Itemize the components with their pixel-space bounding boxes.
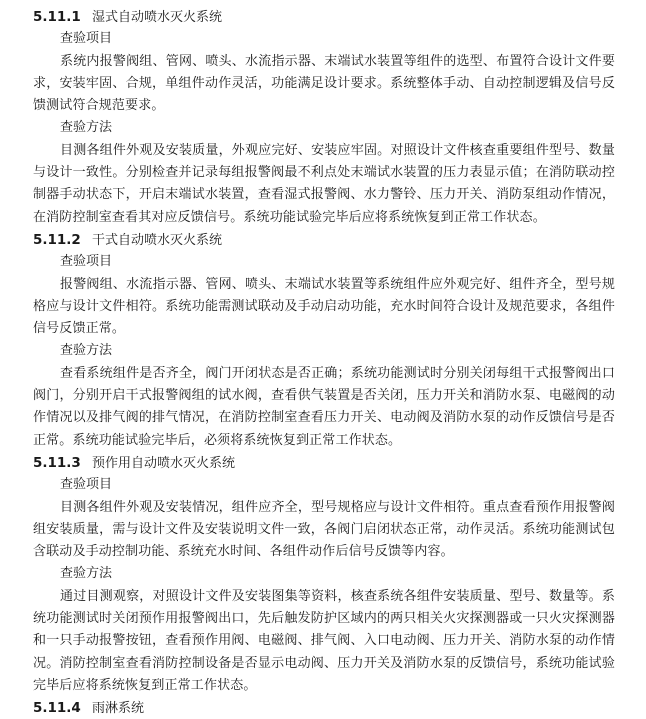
inspection-items-text: 目测各组件外观及安装情况，组件应齐全，型号规格应与设计文件相符。重点查看预作用报… (33, 497, 615, 564)
section-number: 5.11.4 (33, 697, 92, 719)
inspection-method-text: 目测各组件外观及安装质量，外观应完好、安装应牢固。对照设计文件核查重要组件型号、… (33, 140, 615, 229)
inspection-method-label: 查验方法 (33, 117, 615, 139)
section-title: 湿式自动喷水灭火系统 (92, 10, 222, 25)
section-title: 预作用自动喷水灭火系统 (92, 456, 235, 471)
section-title: 干式自动喷水灭火系统 (92, 233, 222, 248)
section-heading-5-11-2: 5.11.2干式自动喷水灭火系统 (33, 229, 615, 251)
section-number: 5.11.1 (33, 6, 92, 28)
inspection-method-text: 查看系统组件是否齐全，阀门开闭状态是否正确；系统功能测试时分别关闭每组干式报警阀… (33, 363, 615, 452)
section-heading-5-11-3: 5.11.3预作用自动喷水灭火系统 (33, 452, 615, 474)
inspection-items-text: 系统内报警阀组、管网、喷头、水流指示器、末端试水装置等组件的选型、布置符合设计文… (33, 51, 615, 118)
inspection-items-label: 查验项目 (33, 474, 615, 496)
section-title: 雨淋系统 (92, 701, 144, 716)
inspection-items-text: 报警阀组、水流指示器、管网、喷头、末端试水装置等系统组件应外观完好、组件齐全，型… (33, 274, 615, 341)
section-heading-5-11-4: 5.11.4雨淋系统 (33, 697, 615, 719)
inspection-method-text: 通过目测观察，对照设计文件及安装图集等资料，核查系统各组件安装质量、型号、数量等… (33, 586, 615, 697)
inspection-method-label: 查验方法 (33, 563, 615, 585)
section-number: 5.11.3 (33, 452, 92, 474)
section-heading-5-11-1: 5.11.1湿式自动喷水灭火系统 (33, 6, 615, 28)
inspection-method-label: 查验方法 (33, 340, 615, 362)
document-page: 5.11.1湿式自动喷水灭火系统 查验项目 系统内报警阀组、管网、喷头、水流指示… (33, 6, 615, 719)
inspection-items-label: 查验项目 (33, 28, 615, 50)
inspection-items-label: 查验项目 (33, 251, 615, 273)
section-number: 5.11.2 (33, 229, 92, 251)
